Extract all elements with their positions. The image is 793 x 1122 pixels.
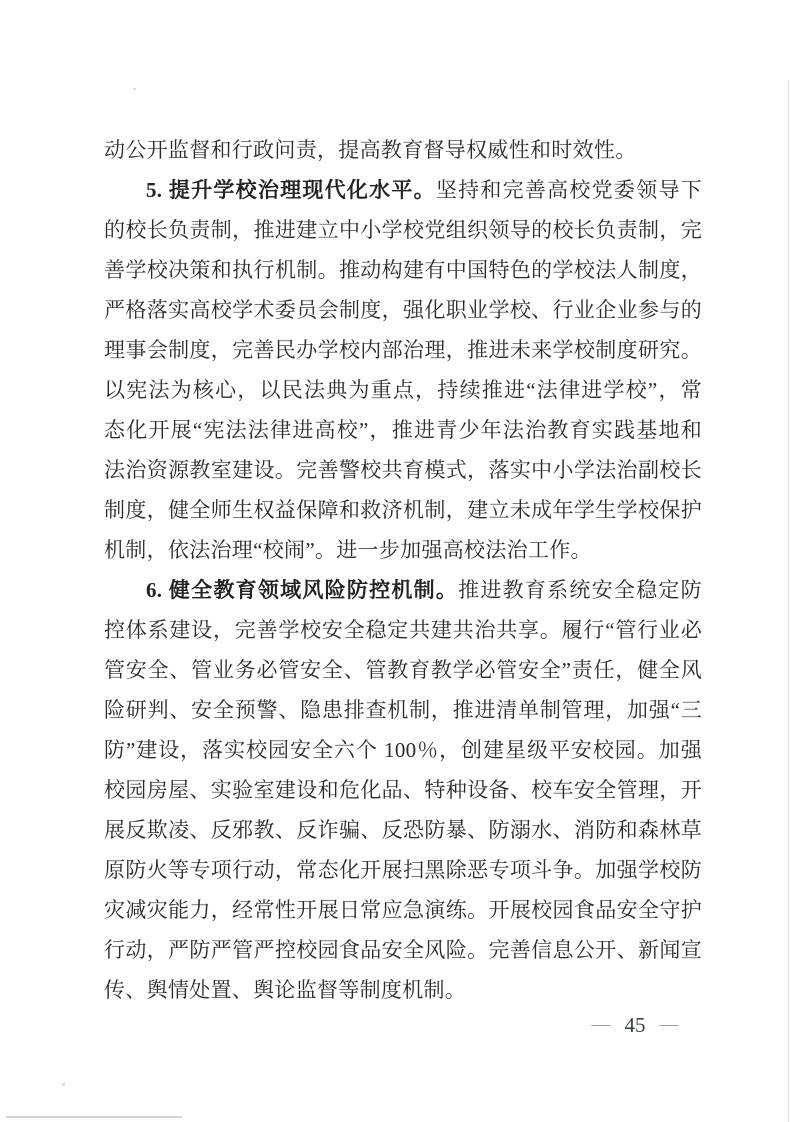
text-line: 机制，依法治理“校闹”。进一步加强高校法治工作。: [104, 530, 702, 570]
section-heading: 6. 健全教育领域风险防控机制。: [146, 578, 458, 602]
text-run: 控体系建设，完善学校安全稳定共建共治共享。履行“管行业必: [104, 618, 702, 642]
text-run: 制度，健全师生权益保障和救济机制，建立未成年学生学校保护: [104, 498, 702, 522]
text-run: 机制，依法治理“校闹”。进一步加强高校法治工作。: [104, 538, 592, 562]
text-line: 态化开展“宪法法律进高校”，推进青少年法治教育实践基地和: [104, 410, 702, 450]
text-line: 严格落实高校学术委员会制度，强化职业学校、行业企业参与的: [104, 290, 702, 330]
scan-speck: [62, 1083, 65, 1086]
text-line: 原防火等专项行动，常态化开展扫黑除恶专项斗争。加强学校防: [104, 850, 702, 890]
page-number: 45: [625, 1008, 646, 1042]
document-page: 动公开监督和行政问责，提高教育督导权威性和时效性。5. 提升学校治理现代化水平。…: [0, 0, 793, 1122]
scan-artifact-bottom-line: [6, 1116, 182, 1118]
text-line: 动公开监督和行政问责，提高教育督导权威性和时效性。: [104, 130, 702, 170]
text-line: 理事会制度，完善民办学校内部治理，推进未来学校制度研究。: [104, 330, 702, 370]
document-body: 动公开监督和行政问责，提高教育督导权威性和时效性。5. 提升学校治理现代化水平。…: [104, 130, 702, 1010]
text-line: 传、舆情处置、舆论监督等制度机制。: [104, 970, 702, 1010]
text-line: 善学校决策和执行机制。推动构建有中国特色的学校法人制度，: [104, 250, 702, 290]
text-line: 控体系建设，完善学校安全稳定共建共治共享。履行“管行业必: [104, 610, 702, 650]
text-line: 制度，健全师生权益保障和救济机制，建立未成年学生学校保护: [104, 490, 702, 530]
scan-speck: [133, 88, 136, 90]
scan-artifact-right-line: [788, 80, 789, 1122]
text-line: 险研判、安全预警、隐患排查机制，推进清单制管理，加强“三: [104, 690, 702, 730]
text-run: 善学校决策和执行机制。推动构建有中国特色的学校法人制度，: [104, 258, 702, 282]
text-run: 理事会制度，完善民办学校内部治理，推进未来学校制度研究。: [104, 338, 702, 362]
text-run: 的校长负责制，推进建立中小学校党组织领导的校长负责制，完: [104, 218, 702, 242]
text-run: 动公开监督和行政问责，提高教育督导权威性和时效性。: [104, 138, 637, 162]
text-run: 以宪法为核心，以民法典为重点，持续推进“法律进学校”，常: [104, 378, 702, 402]
section-heading: 5. 提升学校治理现代化水平。: [146, 178, 436, 202]
text-run: 防”建设，落实校园安全六个 100％，创建星级平安校园。加强: [104, 738, 702, 762]
text-run: 险研判、安全预警、隐患排查机制，推进清单制管理，加强“三: [104, 698, 702, 722]
footer-right-dash: —: [660, 1008, 679, 1042]
text-run: 原防火等专项行动，常态化开展扫黑除恶专项斗争。加强学校防: [104, 858, 702, 882]
text-line: 管安全、管业务必管安全、管教育教学必管安全”责任，健全风: [104, 650, 702, 690]
paragraph: 6. 健全教育领域风险防控机制。推进教育系统安全稳定防控体系建设，完善学校安全稳…: [104, 570, 702, 1010]
text-line: 防”建设，落实校园安全六个 100％，创建星级平安校园。加强: [104, 730, 702, 770]
text-line: 校园房屋、实验室建设和危化品、特种设备、校车安全管理，开: [104, 770, 702, 810]
text-line: 展反欺凌、反邪教、反诈骗、反恐防暴、防溺水、消防和森林草: [104, 810, 702, 850]
text-run: 坚持和完善高校党委领导下: [436, 178, 702, 202]
text-run: 严格落实高校学术委员会制度，强化职业学校、行业企业参与的: [104, 298, 702, 322]
text-line: 以宪法为核心，以民法典为重点，持续推进“法律进学校”，常: [104, 370, 702, 410]
text-run: 传、舆情处置、舆论监督等制度机制。: [104, 978, 466, 1002]
text-line: 行动，严防严管严控校园食品安全风险。完善信息公开、新闻宣: [104, 930, 702, 970]
text-line: 的校长负责制，推进建立中小学校党组织领导的校长负责制，完: [104, 210, 702, 250]
text-line: 5. 提升学校治理现代化水平。坚持和完善高校党委领导下: [104, 170, 702, 210]
text-run: 展反欺凌、反邪教、反诈骗、反恐防暴、防溺水、消防和森林草: [104, 818, 702, 842]
paragraph: 5. 提升学校治理现代化水平。坚持和完善高校党委领导下的校长负责制，推进建立中小…: [104, 170, 702, 570]
text-run: 校园房屋、实验室建设和危化品、特种设备、校车安全管理，开: [104, 778, 702, 802]
text-run: 态化开展“宪法法律进高校”，推进青少年法治教育实践基地和: [104, 418, 702, 442]
text-run: 行动，严防严管严控校园食品安全风险。完善信息公开、新闻宣: [104, 938, 702, 962]
page-footer: — 45 —: [560, 1008, 710, 1042]
text-run: 推进教育系统安全稳定防: [458, 578, 702, 602]
text-line: 灾减灾能力，经常性开展日常应急演练。开展校园食品安全守护: [104, 890, 702, 930]
text-run: 法治资源教室建设。完善警校共育模式，落实中小学法治副校长: [104, 458, 702, 482]
text-run: 灾减灾能力，经常性开展日常应急演练。开展校园食品安全守护: [104, 898, 702, 922]
text-line: 6. 健全教育领域风险防控机制。推进教育系统安全稳定防: [104, 570, 702, 610]
footer-left-dash: —: [592, 1008, 611, 1042]
text-run: 管安全、管业务必管安全、管教育教学必管安全”责任，健全风: [104, 658, 702, 682]
text-line: 法治资源教室建设。完善警校共育模式，落实中小学法治副校长: [104, 450, 702, 490]
paragraph: 动公开监督和行政问责，提高教育督导权威性和时效性。: [104, 130, 702, 170]
